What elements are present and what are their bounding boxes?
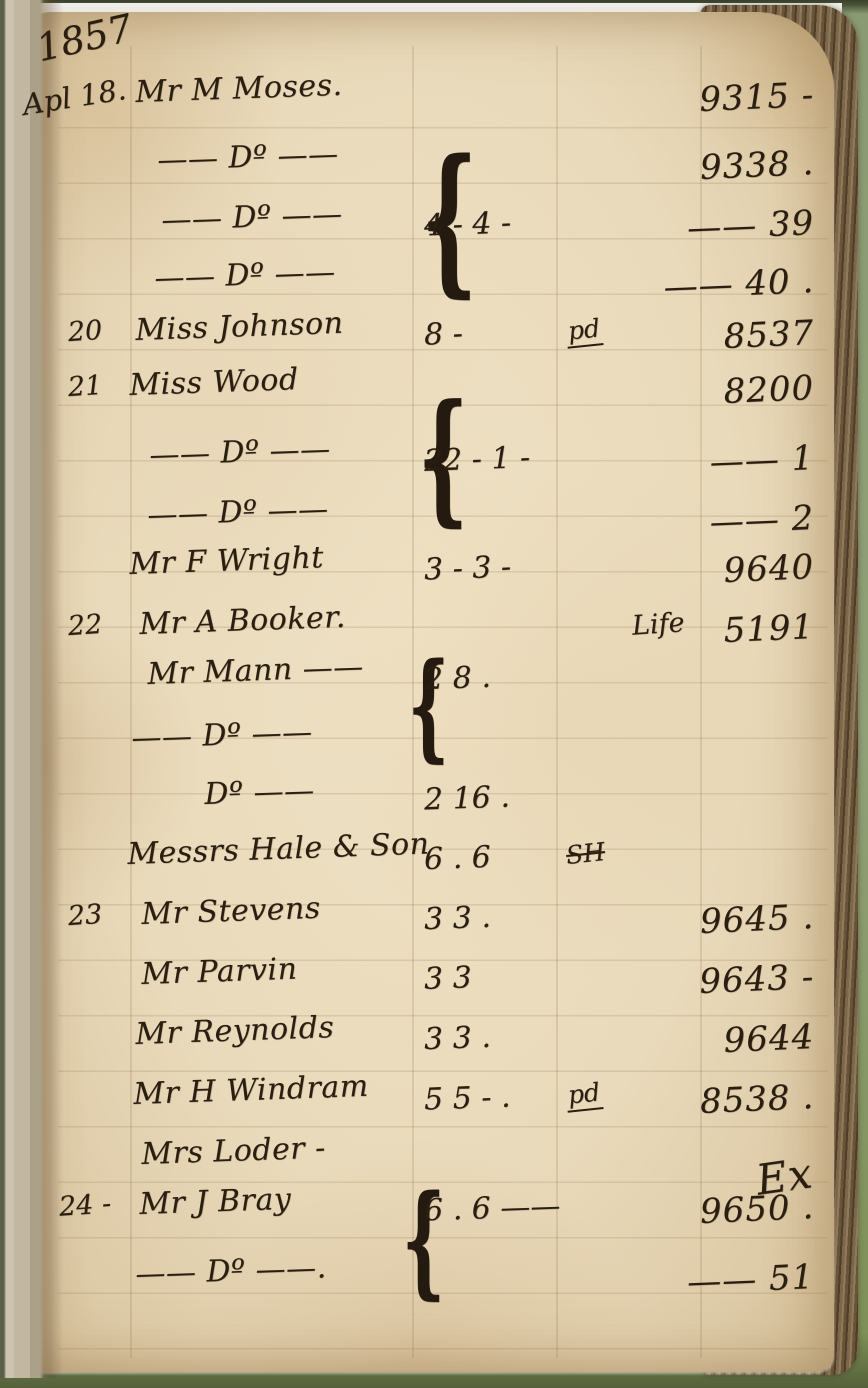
name-cell: Messrs Hale & Son [127, 826, 430, 872]
name-cell: —— Dº —— [157, 137, 339, 178]
number-cell: 9640 [621, 547, 815, 595]
amount-cell: 4 - 4 - [423, 205, 511, 243]
number-cell: 9338 . [621, 143, 815, 191]
number-cell: 9645 . [621, 897, 815, 945]
amount-cell: 2 16 . [423, 780, 510, 818]
name-cell: Mr Parvin [141, 952, 298, 992]
date-cell: 22 [49, 608, 121, 644]
name-cell: Mr F Wright [129, 540, 325, 582]
amount-cell: 8 - [423, 316, 463, 352]
name-cell: Mr H Windram [133, 1069, 369, 1112]
number-cell: —— 39 [621, 203, 815, 251]
amount-cell: 22 - 1 - [423, 440, 530, 479]
number-cell: 8537 [621, 313, 815, 361]
name-cell: Mr Mann —— [147, 649, 364, 692]
date-cell: 23 [49, 898, 121, 934]
name-cell: Miss Wood [129, 362, 299, 403]
amount-cell: 3 3 . [423, 1020, 491, 1057]
number-cell: 9644 [621, 1017, 815, 1065]
number-cell: 9650 . [621, 1187, 815, 1235]
name-cell: Mr M Moses. [135, 68, 343, 110]
name-cell: —— Dº —— [131, 715, 313, 756]
note-cell: SH [565, 837, 607, 870]
amount-cell: 3 3 [423, 960, 472, 997]
number-cell: 9315 - [621, 75, 815, 123]
amount-cell: 3 - 3 - [423, 549, 511, 587]
name-cell: Mr Reynolds [135, 1010, 335, 1052]
amount-cell: 5 5 - . [423, 1080, 511, 1118]
number-cell: —— 2 [621, 498, 815, 546]
amount-cell: 6 . 6 [423, 840, 491, 877]
name-cell: Mr A Booker. [139, 600, 347, 642]
number-cell: —— 51 [621, 1257, 815, 1305]
ledger-rows-layer: Apl 18.Mr M Moses.9315 -—— Dº ——9338 .——… [0, 0, 868, 1388]
date-cell: Apl 18. [20, 68, 154, 122]
note-cell: pd [564, 1077, 603, 1113]
name-cell: —— Dº —— [149, 432, 331, 473]
note-cell: pd [564, 313, 603, 349]
number-cell: 9643 - [621, 957, 815, 1005]
name-cell: Mr Stevens [141, 891, 321, 932]
number-cell: 8538 . [621, 1077, 815, 1125]
amount-cell: 2 8 . [423, 660, 491, 697]
name-cell: Mr J Bray [139, 1182, 292, 1222]
number-cell: —— 1 [621, 438, 815, 486]
date-cell: 20 [49, 314, 121, 350]
scanned-ledger-photo: 1857 {{{{ Apl 18.Mr M Moses.9315 -—— Dº … [0, 0, 868, 1388]
name-cell: Miss Johnson [135, 306, 344, 348]
number-cell: —— 40 . [621, 261, 815, 309]
date-cell: 21 [49, 369, 121, 405]
number-cell: 8200 [621, 368, 815, 416]
name-cell: —— Dº —— [147, 492, 329, 533]
amount-cell: 3 3 . [423, 900, 491, 937]
name-cell: —— Dº ——. [135, 1250, 327, 1292]
name-cell: —— Dº —— [161, 197, 343, 238]
name-cell: —— Dº —— [154, 255, 336, 296]
number-cell: 5191 [621, 607, 815, 655]
date-cell: 24 - [49, 1188, 121, 1224]
name-cell: Mrs Loder - [141, 1131, 327, 1172]
amount-cell: 6 . 6 —— [423, 1189, 560, 1229]
name-cell: Dº —— [204, 773, 315, 812]
